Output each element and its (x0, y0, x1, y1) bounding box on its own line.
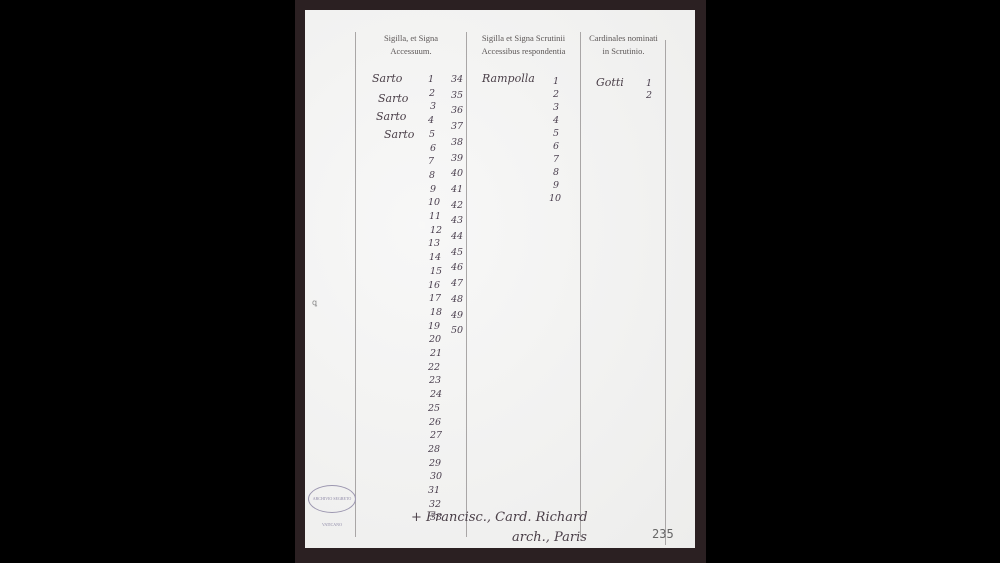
tally-number: 7 (553, 154, 559, 165)
tally-number: 31 (428, 485, 440, 496)
column-divider (355, 32, 356, 537)
cardinal-tally: 2 (646, 90, 652, 101)
signature-line: arch., Paris (512, 530, 587, 545)
tally-number: 13 (428, 238, 440, 249)
tally-number: 50 (451, 325, 463, 336)
tally-number: 9 (553, 180, 559, 191)
tally-number: 30 (430, 471, 442, 482)
tally-number: 8 (429, 170, 435, 181)
tally-number: 43 (451, 215, 463, 226)
column-header-scrutinii: Sigilla et Signa Scrutinii Accessibus re… (467, 32, 580, 58)
tally-number: 22 (428, 362, 440, 373)
header-line: in Scrutinio. (581, 45, 666, 58)
tally-number: 5 (553, 128, 559, 139)
tally-number: 32 (429, 499, 441, 510)
tally-number: 6 (430, 143, 436, 154)
column-header-cardinales: Cardinales nominati in Scrutinio. (581, 32, 666, 58)
cardinal-name: Gotti (596, 76, 624, 89)
tally-number: 15 (430, 266, 442, 277)
header-line: Cardinales nominati (581, 32, 666, 45)
tally-number: 45 (451, 247, 463, 258)
column-header-accessus: Sigilla, et Signa Accessuum. (356, 32, 466, 58)
tally-number: 7 (428, 156, 434, 167)
column-divider (580, 32, 581, 537)
tally-number: 44 (451, 231, 463, 242)
tally-number: 14 (429, 252, 441, 263)
tally-number: 21 (430, 348, 442, 359)
tally-number: 37 (451, 121, 463, 132)
tally-number: 49 (451, 310, 463, 321)
page-number: 235 (652, 527, 674, 541)
tally-number: 10 (428, 197, 440, 208)
tally-number: 34 (451, 74, 463, 85)
signature-line: + Francisc., Card. Richard (411, 510, 588, 525)
tally-number: 29 (429, 458, 441, 469)
tally-number: 24 (430, 389, 442, 400)
accessus-name: Sarto (376, 110, 406, 123)
tally-number: 3 (553, 102, 559, 113)
tally-number: 48 (451, 294, 463, 305)
tally-number: 9 (430, 184, 436, 195)
margin-mark: ꝗ (312, 298, 318, 310)
document-page (305, 10, 695, 548)
tally-number: 47 (451, 278, 463, 289)
tally-number: 17 (429, 293, 441, 304)
tally-number: 1 (553, 76, 559, 87)
tally-number: 41 (451, 184, 463, 195)
tally-number: 38 (451, 137, 463, 148)
tally-number: 19 (428, 321, 440, 332)
tally-number: 10 (549, 193, 561, 204)
tally-number: 12 (430, 225, 442, 236)
tally-number: 18 (430, 307, 442, 318)
cardinal-tally: 1 (646, 78, 652, 89)
tally-number: 1 (428, 74, 434, 85)
tally-number: 3 (430, 101, 436, 112)
header-line: Accessibus respondentia (467, 45, 580, 58)
accessus-name: Sarto (384, 128, 414, 141)
tally-number: 36 (451, 105, 463, 116)
archive-stamp: ARCHIVIO SEGRETO VATICANO (308, 485, 356, 513)
column-divider (665, 40, 666, 545)
tally-number: 2 (553, 89, 559, 100)
header-line: Sigilla et Signa Scrutinii (467, 32, 580, 45)
accessus-name: Sarto (378, 92, 408, 105)
tally-number: 26 (429, 417, 441, 428)
tally-number: 4 (553, 115, 559, 126)
tally-number: 27 (430, 430, 442, 441)
tally-number: 46 (451, 262, 463, 273)
tally-number: 5 (429, 129, 435, 140)
tally-number: 2 (429, 88, 435, 99)
tally-number: 40 (451, 168, 463, 179)
tally-number: 6 (553, 141, 559, 152)
tally-number: 25 (428, 403, 440, 414)
tally-number: 16 (428, 280, 440, 291)
tally-number: 11 (429, 211, 441, 222)
tally-number: 8 (553, 167, 559, 178)
tally-number: 28 (428, 444, 440, 455)
header-line: Sigilla, et Signa (356, 32, 466, 45)
header-line: Accessuum. (356, 45, 466, 58)
scrutinium-name: Rampolla (482, 72, 535, 85)
tally-number: 20 (429, 334, 441, 345)
tally-number: 4 (428, 115, 434, 126)
tally-number: 35 (451, 90, 463, 101)
tally-number: 42 (451, 200, 463, 211)
tally-number: 39 (451, 153, 463, 164)
column-divider (466, 32, 467, 537)
accessus-name: Sarto (372, 72, 402, 85)
tally-number: 23 (429, 375, 441, 386)
